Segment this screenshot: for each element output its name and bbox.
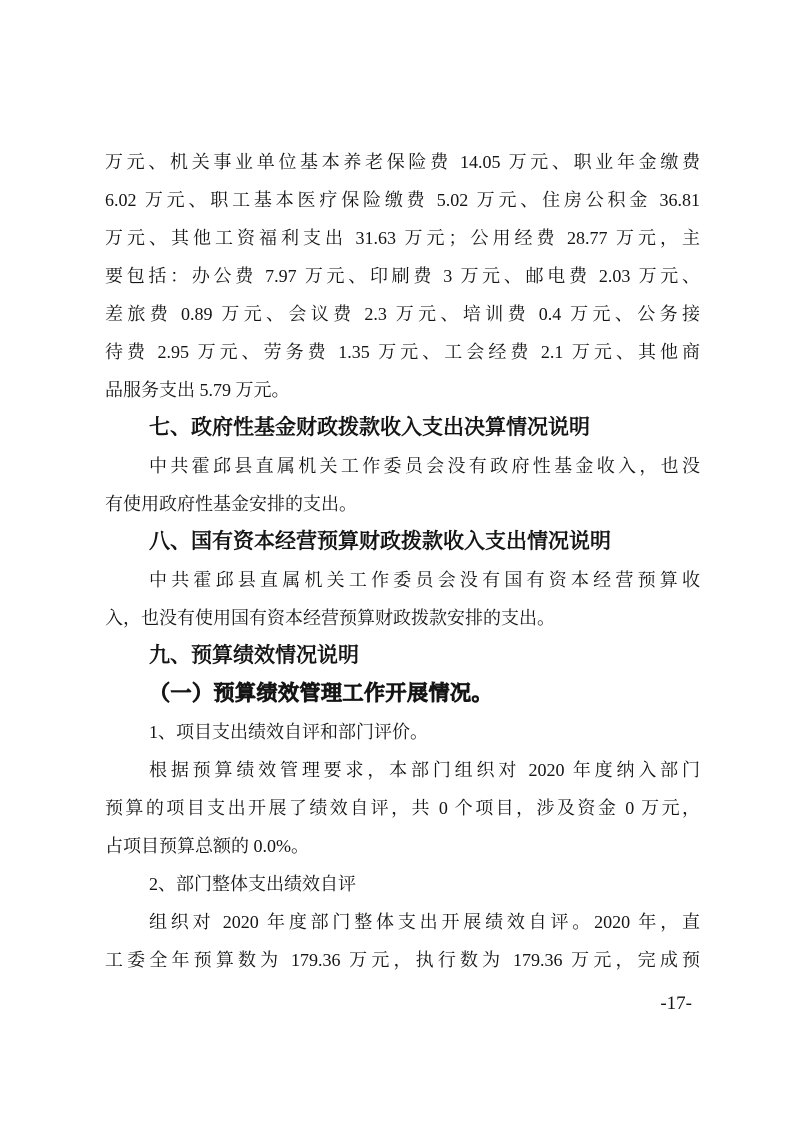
text-line: 工委全年预算数为 179.36 万元，执行数为 179.36 万元，完成预 (105, 941, 700, 979)
text-line: 万元、其他工资福利支出 31.63 万元；公用经费 28.77 万元，主 (105, 219, 700, 257)
text-line: 根据预算绩效管理要求，本部门组织对 2020 年度纳入部门 (105, 751, 700, 789)
text-line: 要包括：办公费 7.97 万元、印刷费 3 万元、邮电费 2.03 万元、 (105, 257, 700, 295)
section-heading: 七、政府性基金财政拨款收入支出决算情况说明 (105, 409, 700, 447)
text-line: 入，也没有使用国有资本经营预算财政拨款安排的支出。 (105, 599, 700, 637)
text-line: 差旅费 0.89 万元、会议费 2.3 万元、培训费 0.4 万元、公务接 (105, 295, 700, 333)
text-line: 1、项目支出绩效自评和部门评价。 (105, 713, 700, 751)
text-line: 占项目预算总额的 0.0%。 (105, 827, 700, 865)
text-line: 有使用政府性基金安排的支出。 (105, 485, 700, 523)
section-heading: 八、国有资本经营预算财政拨款收入支出情况说明 (105, 523, 700, 561)
text-line: 品服务支出 5.79 万元。 (105, 371, 700, 409)
document-page: 万元、机关事业单位基本养老保险费 14.05 万元、职业年金缴费6.02 万元、… (0, 0, 793, 1122)
text-line: 待费 2.95 万元、劳务费 1.35 万元、工会经费 2.1 万元、其他商 (105, 333, 700, 371)
text-line: 中共霍邱县直属机关工作委员会没有国有资本经营预算收 (105, 561, 700, 599)
section-heading: 九、预算绩效情况说明 (105, 637, 700, 675)
text-line: 万元、机关事业单位基本养老保险费 14.05 万元、职业年金缴费 (105, 143, 700, 181)
document-body: 万元、机关事业单位基本养老保险费 14.05 万元、职业年金缴费6.02 万元、… (105, 143, 700, 979)
text-line: 6.02 万元、职工基本医疗保险缴费 5.02 万元、住房公积金 36.81 (105, 181, 700, 219)
text-line: 2、部门整体支出绩效自评 (105, 865, 700, 903)
text-line: 组织对 2020 年度部门整体支出开展绩效自评。2020 年，直 (105, 903, 700, 941)
section-heading: （一）预算绩效管理工作开展情况。 (105, 675, 700, 713)
page-number: -17- (660, 992, 692, 1016)
text-line: 中共霍邱县直属机关工作委员会没有政府性基金收入，也没 (105, 447, 700, 485)
text-line: 预算的项目支出开展了绩效自评，共 0 个项目，涉及资金 0 万元， (105, 789, 700, 827)
